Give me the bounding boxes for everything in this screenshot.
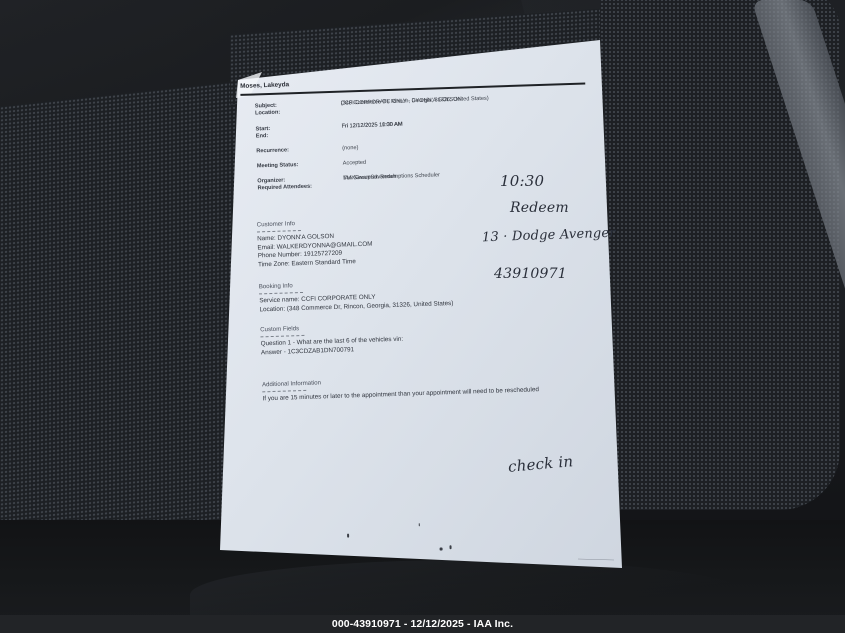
section-title-additional-info: Additional Information xyxy=(262,379,321,388)
field-value: Accepted xyxy=(343,160,367,168)
calendar-owner-name: Moses, Lakeyda xyxy=(240,81,289,90)
watermark-bar: 000-43910971 - 12/12/2025 - IAA Inc. xyxy=(0,615,845,633)
section-title-booking-info: Booking Info xyxy=(259,282,293,290)
field-value: (348 Commerce Dr, Rincon, Georgia, 31326… xyxy=(341,96,489,108)
section-line: Answer - 1C3CDZAB1DN700791 xyxy=(261,346,354,357)
field-value: (none) xyxy=(342,145,358,153)
field-value: Fri 12/12/2025 11:00 AM xyxy=(341,122,402,131)
section-line: If you are 15 minutes or later to the ap… xyxy=(262,386,539,403)
field-label: Meeting Status: xyxy=(257,162,299,170)
field-label: Recurrence: xyxy=(256,147,289,155)
appointment-document: Moses, Lakeyda Subject:CCFI CORPORATE ON… xyxy=(238,70,612,522)
section-title-custom-fields: Custom Fields xyxy=(260,325,299,333)
seat-mesh-fabric-left xyxy=(0,81,240,578)
section-divider xyxy=(262,390,306,392)
section-divider xyxy=(260,335,304,337)
watermark-text: 000-43910971 - 12/12/2025 - IAA Inc. xyxy=(332,618,513,630)
section-title-customer-info: Customer Info xyxy=(257,220,295,228)
section-divider xyxy=(257,230,301,232)
field-label: Location: xyxy=(255,110,280,118)
field-label: End: xyxy=(256,133,269,140)
field-value: TMXGroupSavannah xyxy=(343,174,396,183)
section-divider xyxy=(259,292,303,294)
header-rule xyxy=(240,82,585,95)
field-label: Required Attendees: xyxy=(257,184,312,193)
